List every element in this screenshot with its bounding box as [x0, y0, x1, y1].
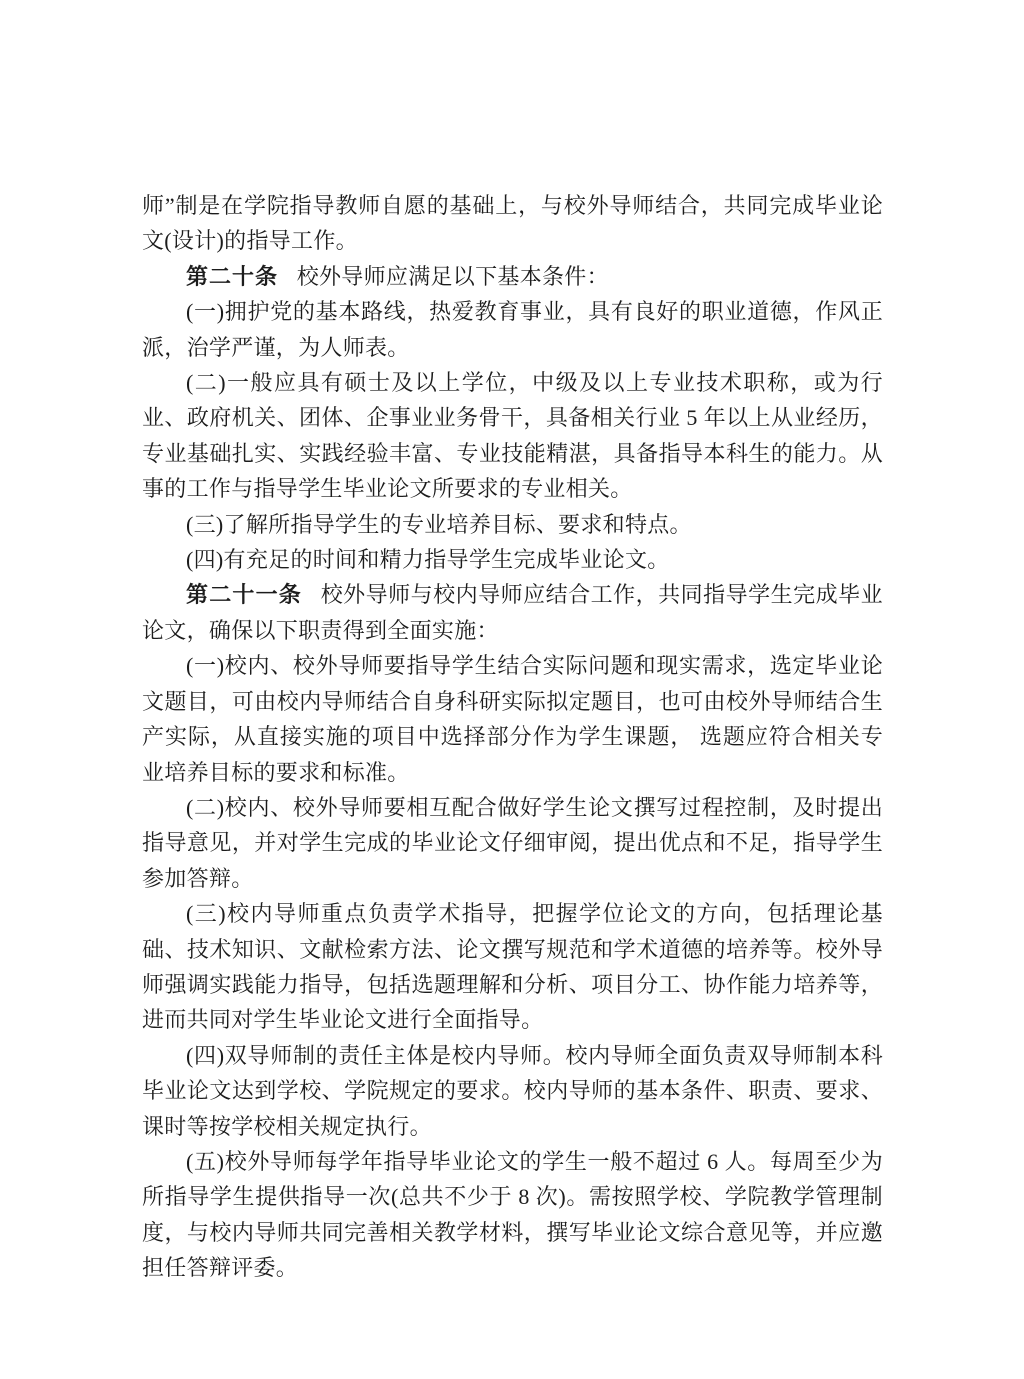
paragraph-text: 师”制是在学院指导教师自愿的基础上，与校外导师结合，共同完成毕业论文(设计)的指…	[142, 193, 883, 253]
paragraph-text: (一)拥护党的基本路线，热爱教育事业，具有良好的职业道德，作风正派，治学严谨，为…	[142, 299, 883, 359]
paragraph-text: (二)校内、校外导师要相互配合做好学生论文撰写过程控制，及时提出指导意见，并对学…	[142, 795, 883, 891]
paragraph-duty-1: (一)校内、校外导师要指导学生结合实际问题和现实需求，选定毕业论文题目，可由校内…	[142, 648, 883, 790]
paragraph-text: (三)了解所指导学生的专业培养目标、要求和特点。	[186, 512, 692, 537]
document-text-block: 师”制是在学院指导教师自愿的基础上，与校外导师结合，共同完成毕业论文(设计)的指…	[142, 188, 883, 1286]
paragraph-duty-2: (二)校内、校外导师要相互配合做好学生论文撰写过程控制，及时提出指导意见，并对学…	[142, 790, 883, 896]
article-number: 第二十条	[186, 264, 278, 289]
paragraph-text: (一)校内、校外导师要指导学生结合实际问题和现实需求，选定毕业论文题目，可由校内…	[142, 653, 883, 784]
paragraph-duty-3: (三)校内导师重点负责学术指导，把握学位论文的方向，包括理论基础、技术知识、文献…	[142, 896, 883, 1038]
article-number: 第二十一条	[186, 582, 302, 607]
paragraph-article-21: 第二十一条校外导师与校内导师应结合工作，共同指导学生完成毕业论文，确保以下职责得…	[142, 577, 883, 648]
paragraph-text: (四)有充足的时间和精力指导学生完成毕业论文。	[186, 547, 670, 572]
paragraph-item-4: (四)有充足的时间和精力指导学生完成毕业论文。	[142, 542, 883, 577]
paragraph-item-2: (二)一般应具有硕士及以上学位，中级及以上专业技术职称，或为行业、政府机关、团体…	[142, 365, 883, 507]
paragraph-text: (三)校内导师重点负责学术指导，把握学位论文的方向，包括理论基础、技术知识、文献…	[142, 901, 883, 1032]
paragraph-text: 校外导师应满足以下基本条件：	[297, 264, 609, 289]
document-page: 师”制是在学院指导教师自愿的基础上，与校外导师结合，共同完成毕业论文(设计)的指…	[0, 0, 1024, 1379]
paragraph-duty-4: (四)双导师制的责任主体是校内导师。校内导师全面负责双导师制本科毕业论文达到学校…	[142, 1038, 883, 1144]
paragraph-text: (五)校外导师每学年指导毕业论文的学生一般不超过 6 人。每周至少为所指导学生提…	[142, 1149, 883, 1280]
paragraph-item-1: (一)拥护党的基本路线，热爱教育事业，具有良好的职业道德，作风正派，治学严谨，为…	[142, 294, 883, 365]
paragraph-item-3: (三)了解所指导学生的专业培养目标、要求和特点。	[142, 507, 883, 542]
paragraph-duty-5: (五)校外导师每学年指导毕业论文的学生一般不超过 6 人。每周至少为所指导学生提…	[142, 1144, 883, 1286]
paragraph-continuation: 师”制是在学院指导教师自愿的基础上，与校外导师结合，共同完成毕业论文(设计)的指…	[142, 188, 883, 259]
paragraph-text: (二)一般应具有硕士及以上学位，中级及以上专业技术职称，或为行业、政府机关、团体…	[142, 370, 883, 501]
paragraph-text: (四)双导师制的责任主体是校内导师。校内导师全面负责双导师制本科毕业论文达到学校…	[142, 1043, 883, 1139]
paragraph-article-20: 第二十条校外导师应满足以下基本条件：	[142, 259, 883, 294]
